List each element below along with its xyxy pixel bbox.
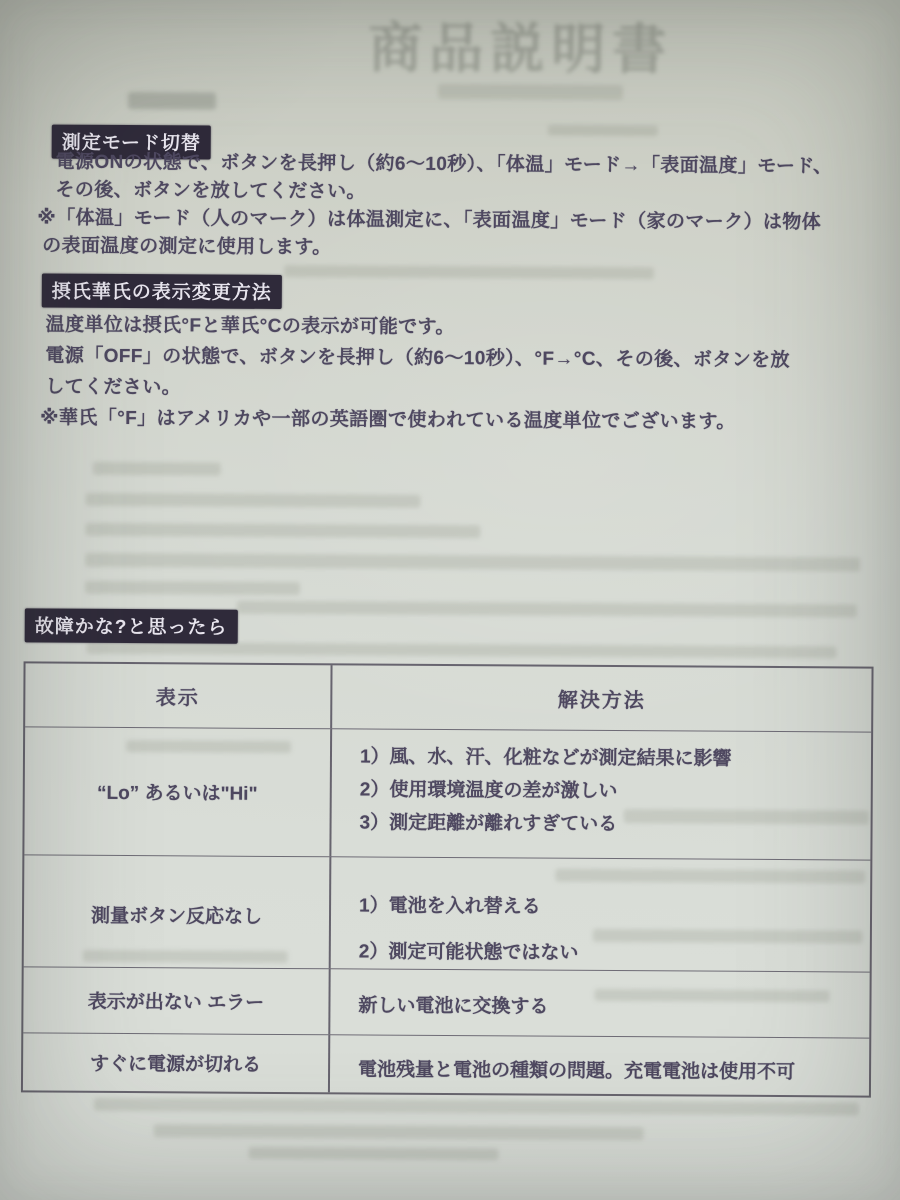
body-text-line: してください。	[40, 372, 790, 408]
table-row-solution: 1）風、水、汗、化粧などが測定結果に影響 2）使用環境温度の差が激しい 3）測定…	[331, 728, 871, 859]
table-row-display: 測量ボタン反応なし	[24, 854, 332, 968]
bleed-through-line	[85, 581, 300, 595]
bleed-through-line	[86, 493, 421, 508]
bleed-through-line	[85, 553, 860, 572]
solution-line: 2）使用環境温度の差が激しい	[360, 773, 871, 809]
bleed-through-line	[237, 601, 857, 618]
solution-line: 電池残量と電池の種類の問題。充電電池は使用不可	[358, 1053, 795, 1089]
unit-change-paragraph: 温度単位は摂氏°Fと華氏°Cの表示が可能です。 電源「OFF」の状態で、ボタンを…	[40, 310, 790, 439]
bleed-through-line	[548, 125, 658, 137]
solution-line: 1）電池を入れ替える	[359, 883, 870, 932]
bleed-through-box	[128, 92, 216, 110]
table-row-solution: 電池残量と電池の種類の問題。充電電池は使用不可	[330, 1034, 869, 1095]
table-row-display: 表示が出ない エラー	[23, 966, 330, 1034]
body-text-line: 温度単位は摂氏°Fと華氏°Cの表示が可能です。	[41, 310, 791, 346]
bleed-through-line	[284, 265, 654, 279]
bleed-through-line	[93, 462, 221, 476]
solution-line: 新しい電池に交換する	[358, 989, 548, 1023]
bleed-through-line	[85, 523, 480, 538]
bleed-through-line	[154, 1124, 644, 1140]
table-header-solution: 解決方法	[332, 665, 871, 731]
body-text-line: ※華氏「°F」はアメリカや一部の英語圏で使われている温度単位でございます。	[40, 403, 790, 439]
solution-line: 1）風、水、汗、化粧などが測定結果に影響	[360, 740, 871, 776]
table-header-display: 表示	[25, 663, 332, 728]
body-text-line: の表面温度の測定に使用します。	[37, 232, 832, 265]
solution-line: 3）測定距離が離れすぎている	[359, 806, 870, 842]
section-heading-troubleshooting: 故障かな?と思ったら	[25, 608, 238, 643]
bleed-through-line	[438, 84, 623, 100]
bleed-through-line	[94, 1098, 859, 1116]
bleed-through-line	[87, 642, 837, 659]
table-row-display: すぐに電源が切れる	[23, 1032, 330, 1092]
manual-page-photo: 商品説明書 測定モード切替 電源ONの状態で、ボタンを長押し（約6～10秒）、「…	[0, 0, 900, 1200]
paper-sheet: 商品説明書 測定モード切替 電源ONの状態で、ボタンを長押し（約6～10秒）、「…	[0, 0, 900, 1200]
troubleshooting-table: 表示 解決方法 “Lo” あるいは"Hi" 1）風、水、汗、化粧などが測定結果に…	[21, 661, 874, 1097]
bleed-through-title: 商品説明書	[368, 6, 673, 85]
mode-switch-paragraph: 電源ONの状態で、ボタンを長押し（約6～10秒）、「体温」モード→「表面温度」モ…	[37, 148, 832, 265]
section-heading-unit-change: 摂氏華氏の表示変更方法	[42, 274, 282, 309]
table-row-display: “Lo” あるいは"Hi"	[24, 726, 332, 856]
table-row-solution: 1）電池を入れ替える 2）測定可能状態ではない	[331, 856, 871, 971]
bleed-through-line	[249, 1147, 499, 1161]
table-row-solution: 新しい電池に交換する	[330, 968, 869, 1037]
body-text-line: 電源「OFF」の状態で、ボタンを長押し（約6～10秒）、°F→°C、その後、ボタ…	[40, 341, 790, 377]
